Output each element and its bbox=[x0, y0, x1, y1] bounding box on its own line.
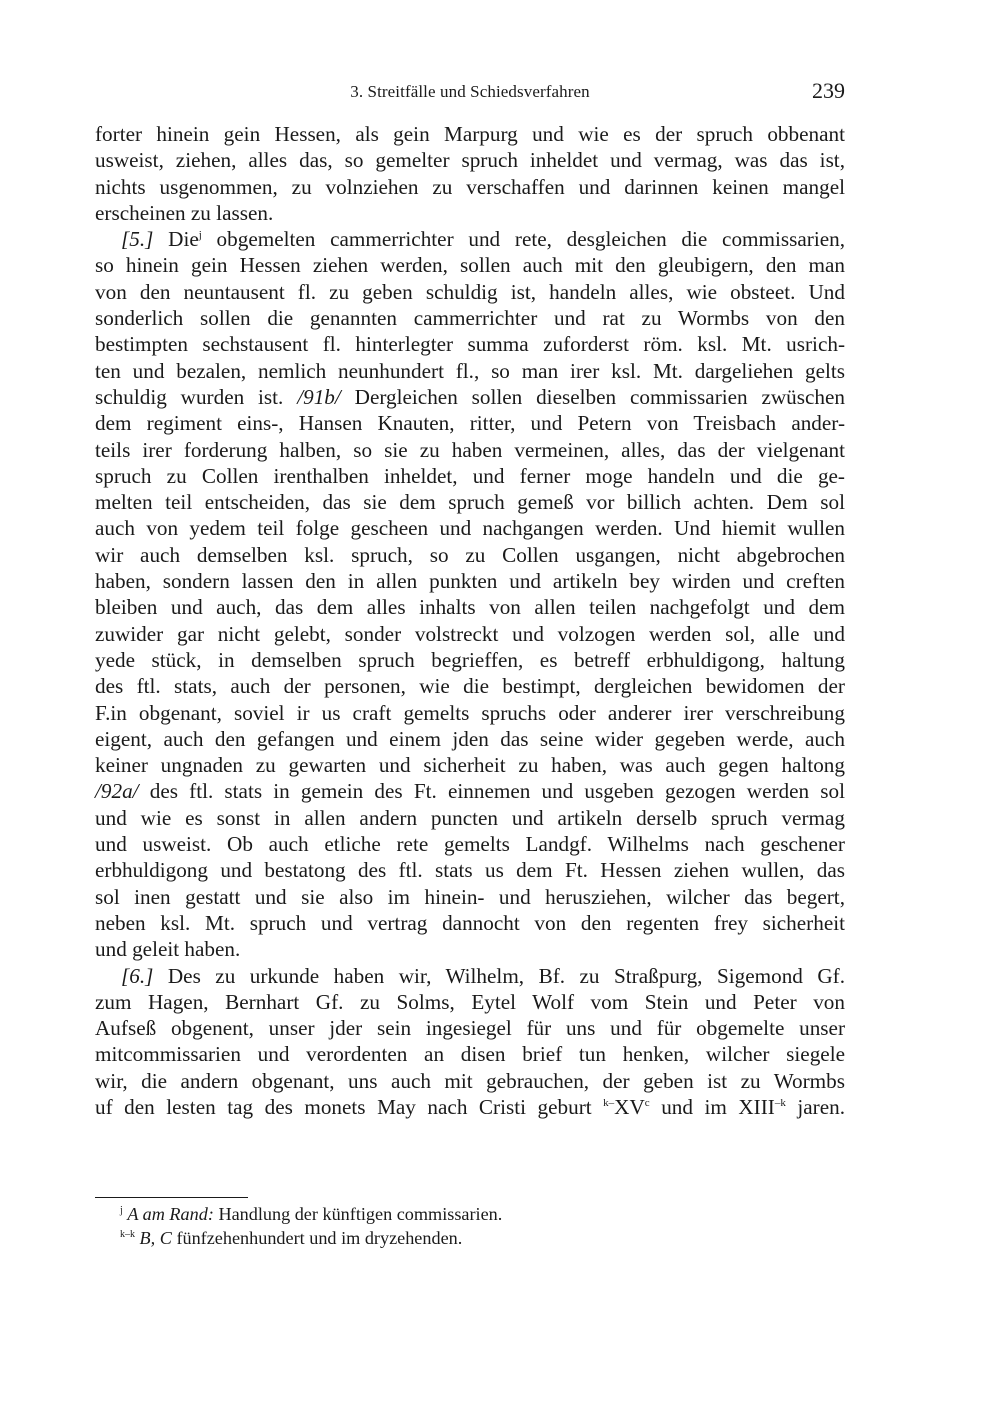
text-line: des ftl. stats, auch der personen, wie d… bbox=[95, 673, 845, 699]
page-number: 239 bbox=[812, 78, 845, 104]
section-number: [6.] bbox=[121, 964, 153, 988]
text-line: eigent, auch den gefangen und einem jden… bbox=[95, 726, 845, 752]
text-line: und usweist. Ob auch etliche rete gemelt… bbox=[95, 831, 845, 857]
footnote-j: j A am Rand: Handlung der künftigen comm… bbox=[120, 1202, 502, 1226]
text-line: zuwider gar nicht gelebt, sonder volstre… bbox=[95, 621, 845, 647]
text-line: bleiben und auch, das dem alles inhalts … bbox=[95, 594, 845, 620]
text-line-folio: /92a/ des ftl. stats in gemein des Ft. e… bbox=[95, 778, 845, 804]
text-line: mitcommissarien und verordenten an disen… bbox=[95, 1041, 845, 1067]
text-rest: obgemelten cammerrichter und rete, desgl… bbox=[217, 227, 845, 251]
text-after: jaren. bbox=[797, 1095, 845, 1119]
footnote-text: fünfzehenhundert und im dryzehenden. bbox=[176, 1228, 462, 1248]
text-line: ten und bezalen, nemlich neunhundert fl.… bbox=[95, 358, 845, 384]
text-line: yede stück, in demselben spruch begrieff… bbox=[95, 647, 845, 673]
text-line: spruch zu Collen irenthalben inheldet, u… bbox=[95, 463, 845, 489]
text-line: haben, sondern lassen den in allen punkt… bbox=[95, 568, 845, 594]
folio-marker: /92a/ bbox=[95, 779, 139, 803]
text-line: bestimpten sechstausent fl. hinterlegter… bbox=[95, 331, 845, 357]
text-line: forter hinein gein Hessen, als gein Marp… bbox=[95, 121, 845, 147]
text-line: F.in obgenant, soviel ir us craft gemelt… bbox=[95, 700, 845, 726]
roman-superscript: c bbox=[645, 1097, 650, 1109]
text-word: Die bbox=[168, 227, 199, 251]
text-line: auch von yedem teil folge gescheen und n… bbox=[95, 515, 845, 541]
footnote-mark: k–k bbox=[120, 1229, 135, 1240]
body-text: forter hinein gein Hessen, als gein Marp… bbox=[95, 121, 845, 1120]
text-line: melten teil entscheiden, das sie dem spr… bbox=[95, 489, 845, 515]
text-line: von den neuntausent fl. zu geben schuldi… bbox=[95, 279, 845, 305]
footnote-ref-j: j bbox=[199, 229, 202, 241]
footnotes: j A am Rand: Handlung der künftigen comm… bbox=[120, 1202, 502, 1250]
text-line: wir auch demselben ksl. spruch, so zu Co… bbox=[95, 542, 845, 568]
footnote-ref-k-open: k– bbox=[603, 1097, 614, 1109]
text-line: Aufseß obgenent, unser jder sein ingesie… bbox=[95, 1015, 845, 1041]
section-number: [5.] bbox=[121, 227, 153, 251]
text-before: uf den lesten tag des monets May nach Cr… bbox=[95, 1095, 592, 1119]
text-middle: und im XIII bbox=[661, 1095, 775, 1119]
text-line: zum Hagen, Bernhart Gf. zu Solms, Eytel … bbox=[95, 989, 845, 1015]
text-before: schuldig wurden ist. bbox=[95, 385, 283, 409]
text-line-final: uf den lesten tag des monets May nach Cr… bbox=[95, 1094, 845, 1120]
text-line: teils irer forderung halben, so sie zu h… bbox=[95, 437, 845, 463]
footnote-siglum: B, C bbox=[140, 1228, 172, 1248]
text-line: erbhuldigong und bestatong des ftl. stat… bbox=[95, 857, 845, 883]
text-after: Dergleichen sollen dieselben commissarie… bbox=[355, 385, 845, 409]
footnote-mark: j bbox=[120, 1205, 123, 1216]
footnote-divider bbox=[95, 1197, 248, 1198]
text-line: erscheinen zu lassen. bbox=[95, 200, 845, 226]
section-6-start: [6.] Des zu urkunde haben wir, Wilhelm, … bbox=[95, 963, 845, 989]
text-line: so hinein gein Hessen ziehen werden, sol… bbox=[95, 252, 845, 278]
text-line: usweist, ziehen, alles das, so gemelter … bbox=[95, 147, 845, 173]
text-rest: Des zu urkunde haben wir, Wilhelm, Bf. z… bbox=[168, 964, 845, 988]
text-line: und wie es sonst in allen andern puncten… bbox=[95, 805, 845, 831]
text-line: und geleit haben. bbox=[95, 936, 845, 962]
running-title: 3. Streitfälle und Schiedsverfahren bbox=[95, 82, 845, 102]
footnote-text: Handlung der künftigen commissarien. bbox=[218, 1204, 502, 1224]
page-header: 3. Streitfälle und Schiedsverfahren 239 bbox=[95, 78, 845, 108]
section-5-start: [5.] Diej obgemelten cammerrichter und r… bbox=[95, 226, 845, 252]
text-line: dem regiment eins-, Hansen Knauten, ritt… bbox=[95, 410, 845, 436]
text-line: nichts usgenommen, zu volnziehen zu vers… bbox=[95, 174, 845, 200]
roman-numeral: XV bbox=[614, 1095, 645, 1119]
text-after: des ftl. stats in gemein des Ft. einneme… bbox=[150, 779, 845, 803]
text-line: sonderlich sollen die genannten cammerri… bbox=[95, 305, 845, 331]
text-line: neben ksl. Mt. spruch und vertrag dannoc… bbox=[95, 910, 845, 936]
text-line: sol inen gestatt und sie also im hinein-… bbox=[95, 884, 845, 910]
footnote-ref-k-close: –k bbox=[775, 1097, 786, 1109]
text-line-folio: schuldig wurden ist. /91b/ Dergleichen s… bbox=[95, 384, 845, 410]
text-line: keiner ungnaden zu gewarten und sicherhe… bbox=[95, 752, 845, 778]
footnote-siglum: A am Rand: bbox=[127, 1204, 214, 1224]
footnote-k: k–k B, C fünfzehenhundert und im dryzehe… bbox=[120, 1226, 502, 1250]
folio-marker: /91b/ bbox=[297, 385, 341, 409]
text-line: wir, die andern obgenant, uns auch mit g… bbox=[95, 1068, 845, 1094]
